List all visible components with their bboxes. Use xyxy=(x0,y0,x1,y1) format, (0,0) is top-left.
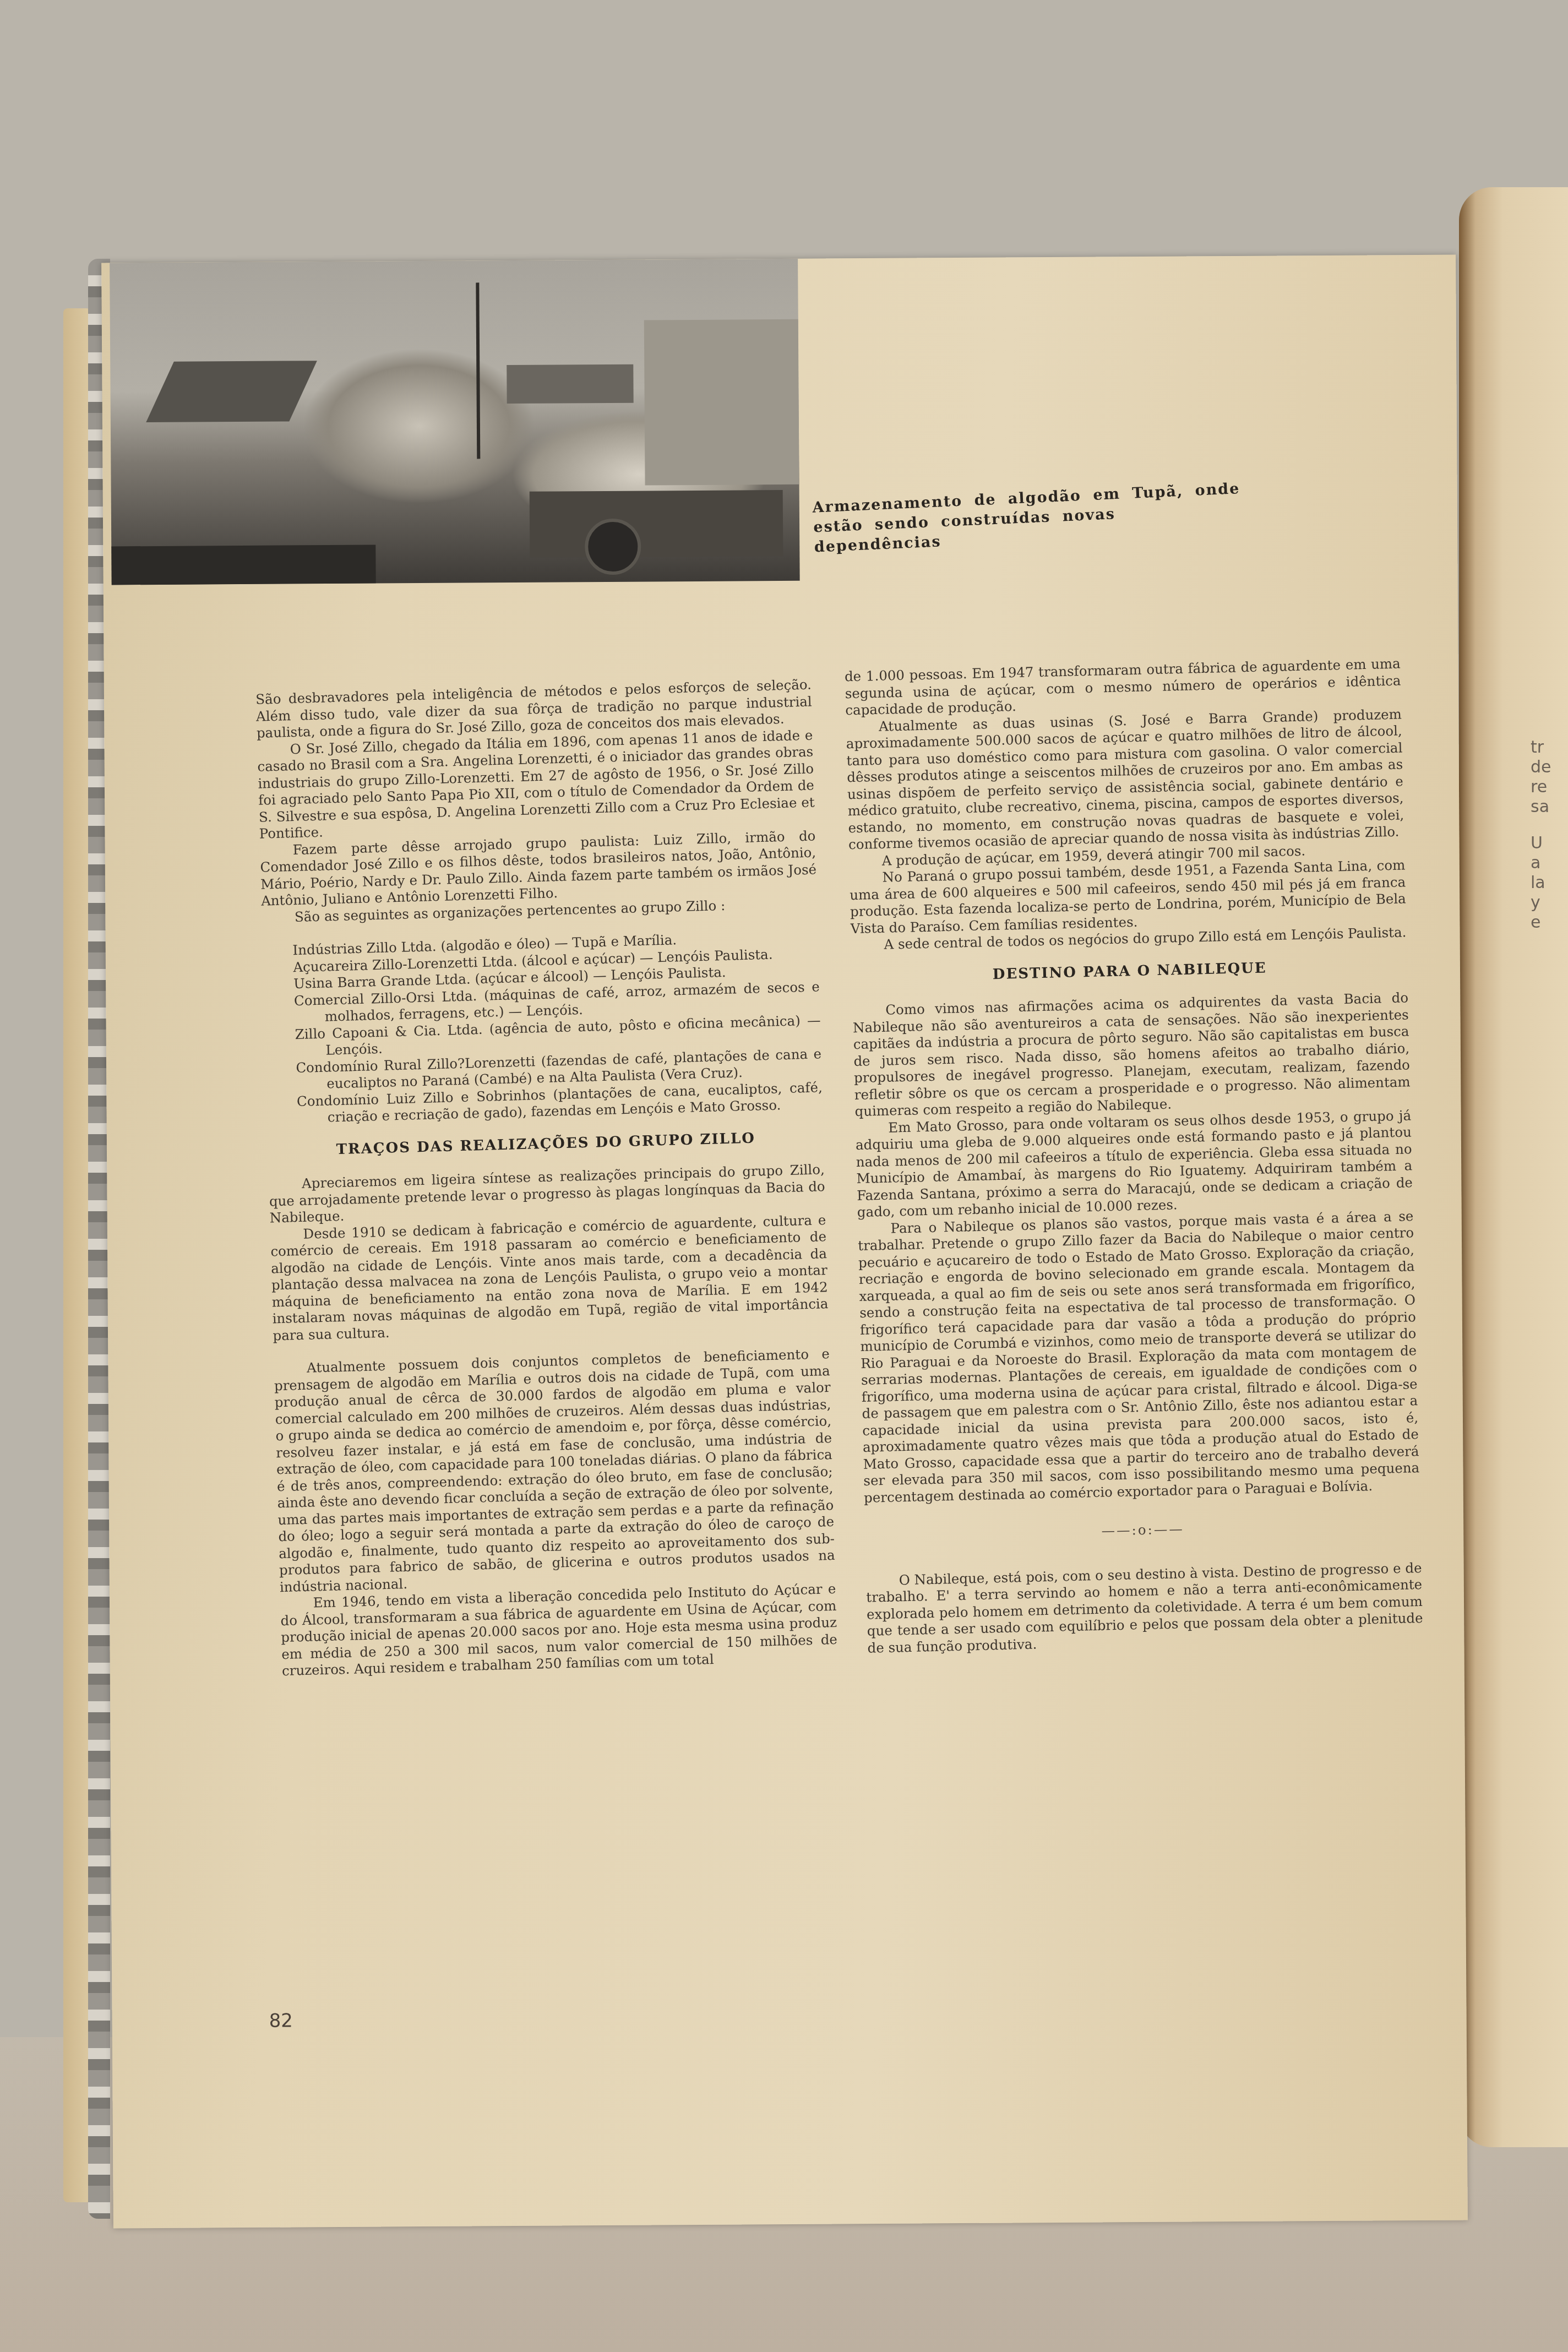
fragment: U xyxy=(1531,834,1568,853)
fragment: re xyxy=(1531,777,1568,797)
photo-building xyxy=(644,319,799,486)
fragment: tr xyxy=(1531,738,1568,758)
paragraph: Como vimos nas afirmações acima os adqui… xyxy=(852,989,1411,1120)
fragment: de xyxy=(1531,758,1568,777)
paragraph: Em Mato Grosso, para onde voltaram os se… xyxy=(855,1107,1413,1221)
paragraph: Desde 1910 se dedicam à fabricação e com… xyxy=(270,1212,829,1344)
right-column: de 1.000 pessoas. Em 1947 transformaram … xyxy=(845,656,1424,1657)
adjacent-page-text: tr de re sa U a la y e xyxy=(1531,738,1568,933)
paragraph: O Sr. José Zillo, chegado da Itália em 1… xyxy=(257,727,815,842)
fragment: e xyxy=(1531,913,1568,933)
magazine-page: Armazenamento de algodão em Tupã, onde e… xyxy=(101,255,1468,2229)
photo-wagon xyxy=(530,490,783,558)
section-heading: DESTINO PARA O NABILEQUE xyxy=(852,956,1408,986)
photo-pole xyxy=(476,282,480,459)
paragraph: No Paraná o grupo possui também, desde 1… xyxy=(849,857,1407,937)
section-separator: ——:o:—— xyxy=(864,1515,1420,1545)
fragment: sa xyxy=(1531,797,1568,817)
photo-shadow xyxy=(111,545,375,585)
under-page-edge xyxy=(63,308,91,2202)
fragment: a xyxy=(1531,853,1568,873)
page-number: 82 xyxy=(269,2010,293,2032)
photo-caption: Armazenamento de algodão em Tupã, onde e… xyxy=(812,479,1244,558)
section-heading: TRAÇOS DAS REALIZAÇÕES DO GRUPO ZILLO xyxy=(268,1128,824,1160)
fragment: la xyxy=(1531,873,1568,893)
paragraph: Atualmente as duas usinas (S. José e Bar… xyxy=(846,706,1404,853)
paragraph: O Nabileque, está pois, com o seu destin… xyxy=(865,1560,1423,1657)
organizations-list: Indústrias Zillo Ltda. (algodão e óleo) … xyxy=(262,928,823,1128)
adjacent-page: tr de re sa U a la y e xyxy=(1459,187,1568,2147)
paragraph: Em 1946, tendo em vista a liberação conc… xyxy=(280,1581,838,1680)
photo-wheel xyxy=(585,519,641,575)
photo-roof xyxy=(146,361,317,422)
paragraph: Atualmente possuem dois conjuntos comple… xyxy=(274,1346,836,1596)
fragment: y xyxy=(1531,893,1568,913)
paragraph: Para o Nabileque os planos são vastos, p… xyxy=(857,1208,1420,1506)
cotton-warehouse-photo xyxy=(110,259,800,585)
photo-roof xyxy=(507,364,633,404)
left-column: São desbravadores pela inteligência de m… xyxy=(255,677,838,1680)
